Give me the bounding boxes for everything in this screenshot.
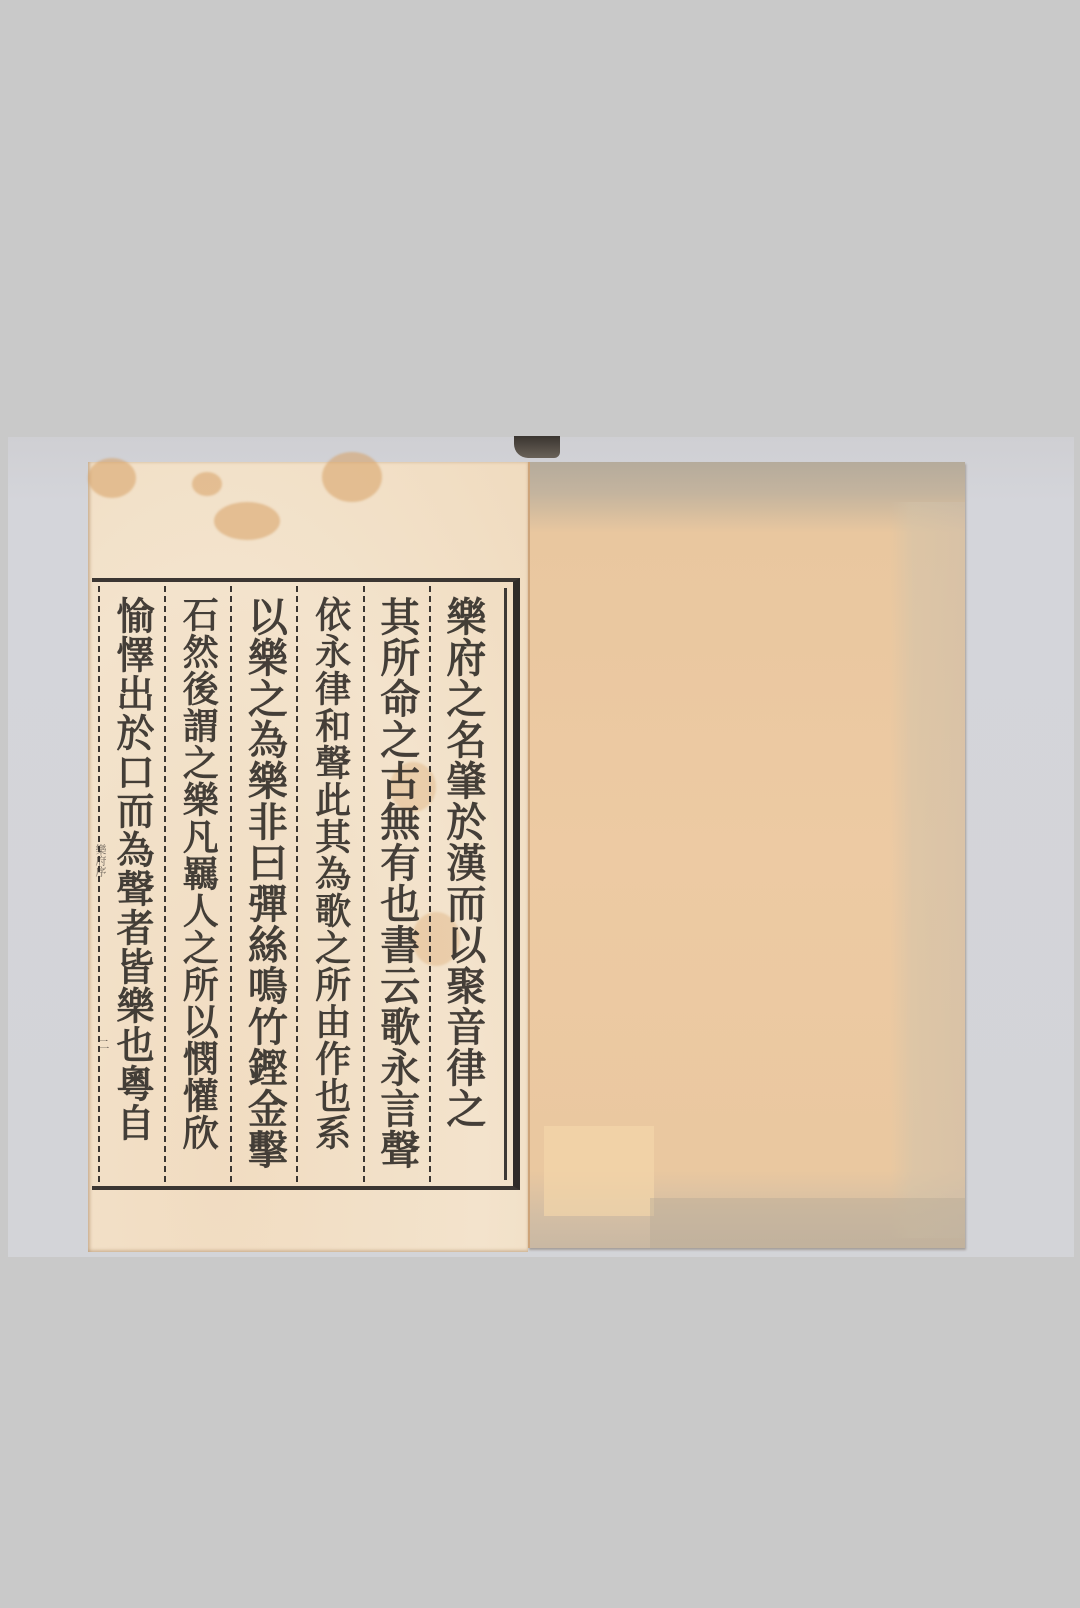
text-column-1: 樂府之名肇於漢而以聚音律之 xyxy=(429,586,495,1182)
left-page: 樂府之名肇於漢而以聚音律之 其所命之古無有也書云歌永言聲 依永律和聲此其為歌之所… xyxy=(88,462,528,1252)
column-text: 其所命之古無有也書云歌永言聲 xyxy=(377,586,417,1182)
water-stain xyxy=(214,502,280,540)
paper-edge-discoloration xyxy=(890,502,965,1238)
text-frame: 樂府之名肇於漢而以聚音律之 其所命之古無有也書云歌永言聲 依永律和聲此其為歌之所… xyxy=(92,578,520,1190)
column-text: 依永律和聲此其為歌之所由作也系 xyxy=(313,586,349,1182)
text-column-3: 依永律和聲此其為歌之所由作也系 xyxy=(296,586,362,1182)
paper-bottom-discoloration xyxy=(650,1198,965,1248)
text-column-4: 以樂之為樂非曰彈絲鳴竹鏗金擊 xyxy=(230,586,296,1182)
text-columns: 樂府之名肇於漢而以聚音律之 其所命之古無有也書云歌永言聲 依永律和聲此其為歌之所… xyxy=(98,586,495,1182)
column-text: 以樂之為樂非曰彈絲鳴竹鏗金擊 xyxy=(244,586,284,1182)
column-text: 樂府之名肇於漢而以聚音律之 xyxy=(443,586,483,1182)
text-column-6: 愉懌出於口而為聲者皆樂也粵自 xyxy=(98,586,164,1182)
right-page-cover xyxy=(528,462,965,1248)
water-stain xyxy=(88,458,136,498)
fold-margin-page-number: 二 xyxy=(95,1038,112,1050)
paper-repair-patch xyxy=(544,1126,654,1216)
column-text: 愉懌出於口而為聲者皆樂也粵自 xyxy=(113,586,151,1182)
water-stain xyxy=(322,452,382,502)
text-column-5: 石然後謂之樂凡羈人之所以憫懽欣 xyxy=(164,586,230,1182)
frame-double-rule xyxy=(504,588,507,1180)
text-column-2: 其所命之古無有也書云歌永言聲 xyxy=(363,586,429,1182)
book-tab-marker xyxy=(514,436,560,458)
column-text: 石然後謂之樂凡羈人之所以憫懽欣 xyxy=(180,586,216,1182)
water-stain xyxy=(192,472,222,496)
fold-margin-title: 樂府序 xyxy=(95,844,106,877)
